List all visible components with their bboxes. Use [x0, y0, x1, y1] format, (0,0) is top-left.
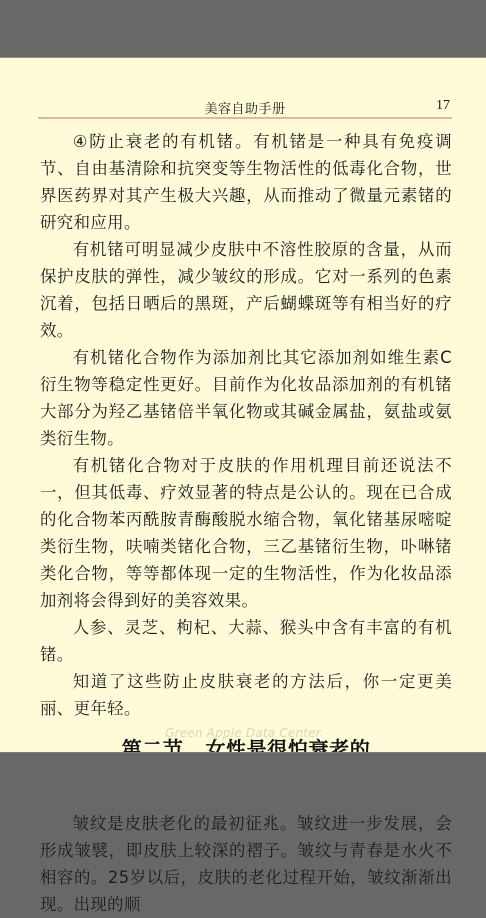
paragraph: 人参、灵芝、枸杞、大蒜、猴头中含有丰富的有机锗。	[40, 614, 452, 668]
page-body: ④防止衰老的有机锗。有机锗是一种具有免疫调节、自由基清除和抗突变等生物活性的低毒…	[40, 128, 452, 810]
running-header: 美容自助手册 17	[38, 98, 452, 118]
paragraph: 有机锗化合物作为添加剂比其它添加剂如维生素C衍生物等稳定性更好。目前作为化妆品添…	[40, 344, 452, 452]
page-number: 17	[436, 98, 450, 114]
watermark-text: Green Apple Data Center	[0, 726, 486, 740]
book-title: 美容自助手册	[38, 98, 452, 117]
header-divider	[38, 117, 452, 119]
top-frame-bar	[0, 0, 486, 58]
paragraph: ④防止衰老的有机锗。有机锗是一种具有免疫调节、自由基清除和抗突变等生物活性的低毒…	[40, 128, 452, 236]
paragraph: 知道了这些防止皮肤衰老的方法后，你一定更美丽、更年轻。	[40, 668, 452, 722]
paragraph: 有机锗化合物对于皮肤的作用机理目前还说法不一，但其低毒、疗效显著的特点是公认的。…	[40, 452, 452, 614]
book-page[interactable]: 美容自助手册 17 ④防止衰老的有机锗。有机锗是一种具有免疫调节、自由基清除和抗…	[0, 58, 486, 752]
paragraph: 有机锗可明显减少皮肤中不溶性胶原的含量，从而保护皮肤的弹性，减少皱纹的形成。它对…	[40, 236, 452, 344]
bottom-frame-bar	[0, 752, 486, 810]
